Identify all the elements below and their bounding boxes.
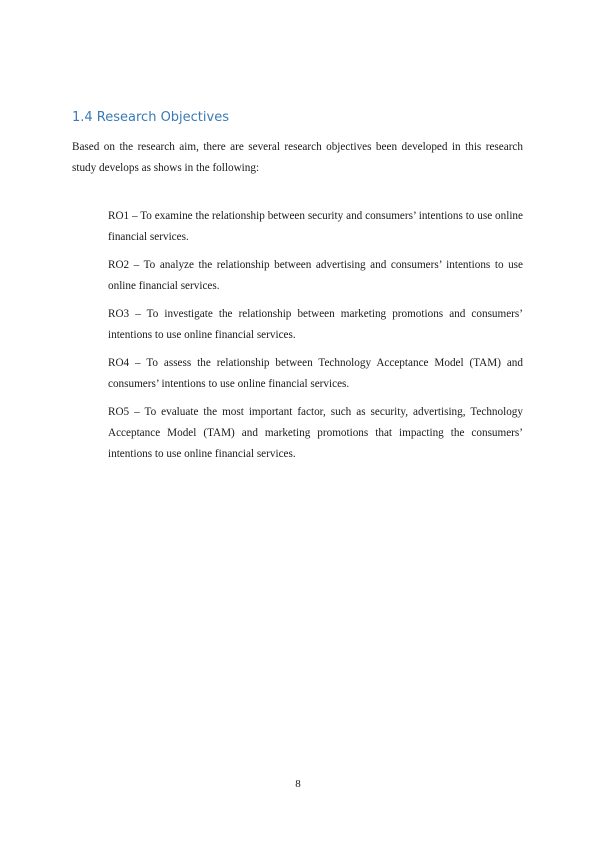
section-heading: 1.4 Research Objectives (72, 110, 229, 125)
page-number: 8 (0, 778, 596, 790)
objective-ro2: RO2 – To analyze the relationship betwee… (108, 255, 523, 297)
objective-ro5: RO5 – To evaluate the most important fac… (108, 402, 523, 465)
intro-paragraph: Based on the research aim, there are sev… (72, 137, 523, 179)
objective-ro4: RO4 – To assess the relationship between… (108, 353, 523, 395)
objective-ro3: RO3 – To investigate the relationship be… (108, 304, 523, 346)
objectives-list: RO1 – To examine the relationship betwee… (108, 206, 523, 472)
objective-ro1: RO1 – To examine the relationship betwee… (108, 206, 523, 248)
